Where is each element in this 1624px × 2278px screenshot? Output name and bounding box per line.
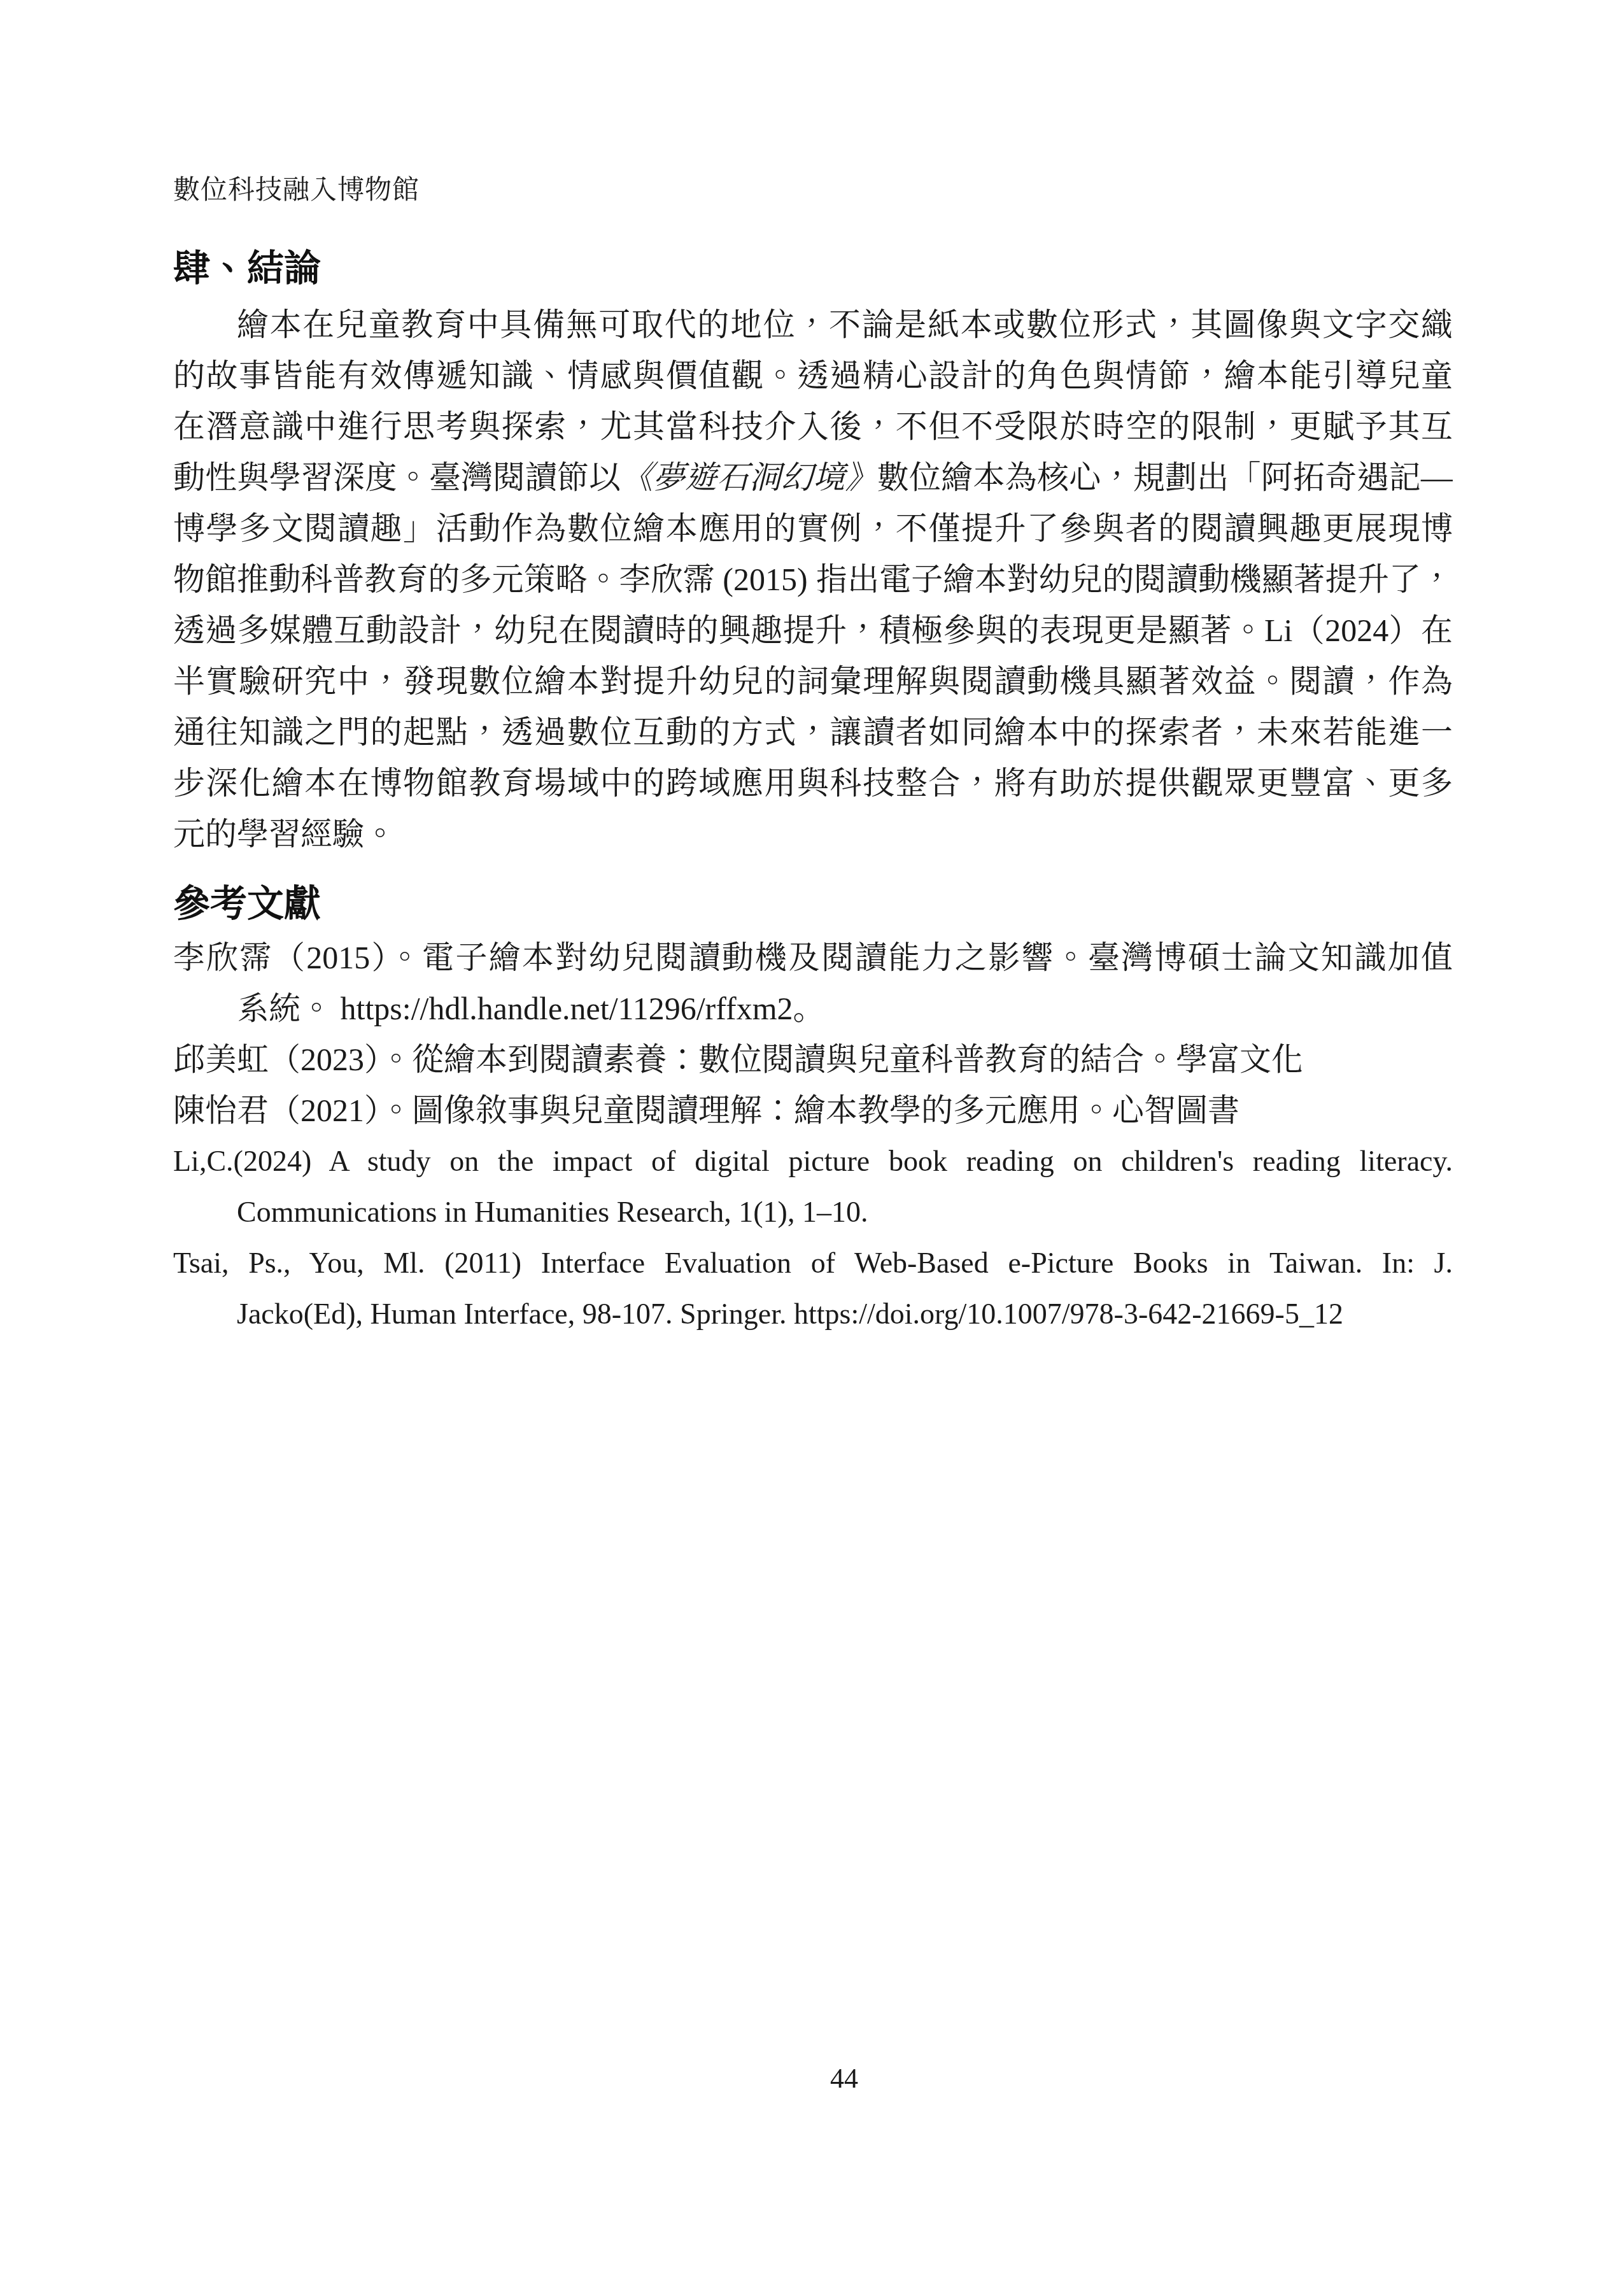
reference-line: Tsai, Ps., You, Ml. (2011) Interface Eva…	[173, 1238, 1453, 1289]
reference-line: 邱美虹（2023）。從繪本到閱讀素養：數位閱讀與兒童科普教育的結合。學富文化	[173, 1034, 1453, 1085]
reference-line: Jacko(Ed), Human Interface, 98-107. Spri…	[173, 1289, 1453, 1340]
reference-line: Li,C.(2024) A study on the impact of dig…	[173, 1136, 1453, 1187]
reference-list: 李欣霈（2015）。電子繪本對幼兒閱讀動機及閱讀能力之影響。臺灣博碩士論文知識加…	[173, 932, 1453, 1340]
conclusion-heading: 肆、結論	[173, 250, 1453, 288]
references-heading: 參考文獻	[173, 885, 1453, 923]
document-page: 數位科技融入博物館 肆、結論 繪本在兒童教育中具備無可取代的地位，不論是紙本或數…	[0, 0, 1624, 2278]
running-header: 數位科技融入博物館	[173, 177, 1453, 204]
conclusion-paragraph: 繪本在兒童教育中具備無可取代的地位，不論是紙本或數位形式，其圖像與文字交織 的故…	[173, 299, 1453, 860]
reference-line: 系統。 https://hdl.handle.net/11296/rffxm2。	[173, 983, 1453, 1034]
paragraph-line: 博學多文閱讀趣」活動作為數位繪本應用的實例，不僅提升了參與者的閱讀興趣更展現博	[173, 503, 1453, 554]
paragraph-line: 元的學習經驗。	[173, 809, 1453, 860]
paragraph-line: 步深化繪本在博物館教育場域中的跨域應用與科技整合，將有助於提供觀眾更豐富、更多	[173, 758, 1453, 809]
paragraph-line: 動性與學習深度。臺灣閱讀節以《夢遊石洞幻境》數位繪本為核心，規劃出「阿拓奇遇記—	[173, 452, 1453, 503]
page-number: 44	[830, 2063, 858, 2095]
paragraph-line: 在潛意識中進行思考與探索，尤其當科技介入後，不但不受限於時空的限制，更賦予其互	[173, 401, 1453, 452]
paragraph-line: 透過多媒體互動設計，幼兒在閱讀時的興趣提升，積極參與的表現更是顯著。Li（202…	[173, 605, 1453, 656]
paragraph-line: 通往知識之門的起點，透過數位互動的方式，讓讀者如同繪本中的探索者，未來若能進一	[173, 707, 1453, 758]
paragraph-line: 的故事皆能有效傳遞知識、情感與價值觀。透過精心設計的角色與情節，繪本能引導兒童	[173, 350, 1453, 401]
reference-line: Communications in Humanities Research, 1…	[173, 1187, 1453, 1238]
page-content: 數位科技融入博物館 肆、結論 繪本在兒童教育中具備無可取代的地位，不論是紙本或數…	[173, 177, 1453, 1340]
paragraph-text: 動性與學習深度。臺灣閱讀節以	[173, 460, 621, 495]
paragraph-line: 物館推動科普教育的多元策略。李欣霈 (2015) 指出電子繪本對幼兒的閱讀動機顯…	[173, 554, 1453, 605]
paragraph-line: 繪本在兒童教育中具備無可取代的地位，不論是紙本或數位形式，其圖像與文字交織	[173, 299, 1453, 350]
book-title: 《夢遊石洞幻境》	[621, 460, 877, 495]
paragraph-line: 半實驗研究中，發現數位繪本對提升幼兒的詞彙理解與閱讀動機具顯著效益。閱讀，作為	[173, 656, 1453, 707]
reference-line: 陳怡君（2021）。圖像敘事與兒童閱讀理解：繪本教學的多元應用。心智圖書	[173, 1085, 1453, 1136]
reference-line: 李欣霈（2015）。電子繪本對幼兒閱讀動機及閱讀能力之影響。臺灣博碩士論文知識加…	[173, 932, 1453, 983]
paragraph-text: 數位繪本為核心，規劃出「阿拓奇遇記—	[877, 460, 1453, 495]
